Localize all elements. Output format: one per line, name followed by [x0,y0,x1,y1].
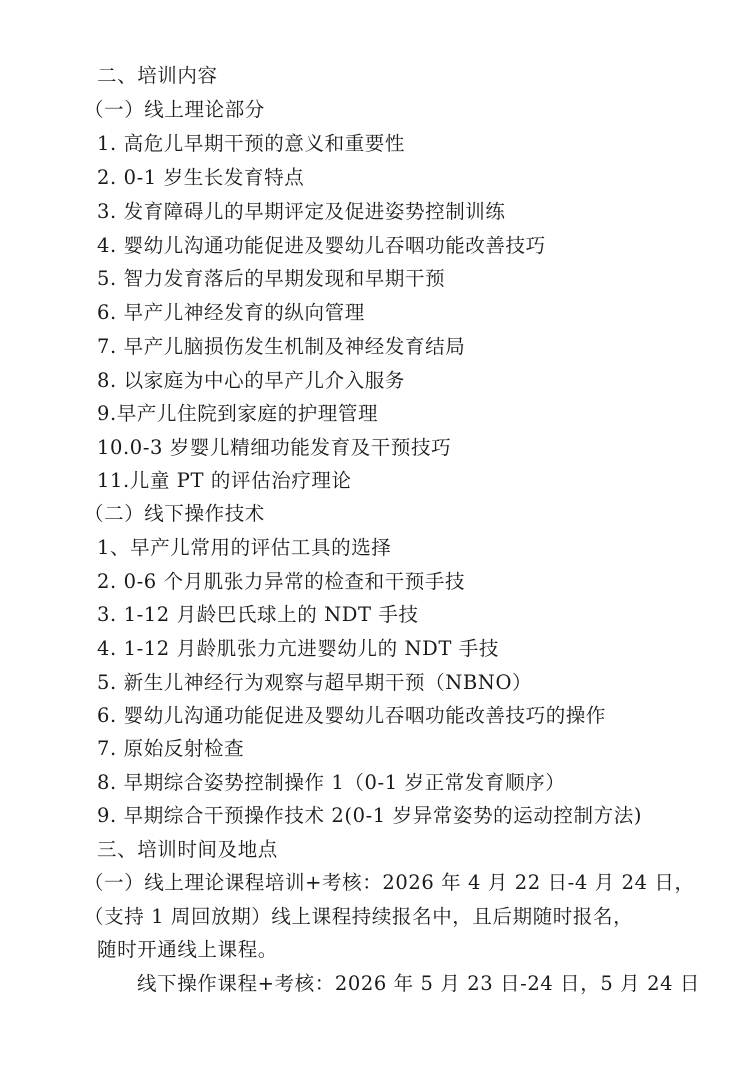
document-page: 二、培训内容 （一）线上理论部分 1. 高危儿早期干预的意义和重要性 2. 0-… [0,0,748,1078]
paragraph-line: （支持 1 周回放期）线上课程持续报名中，且后期随时报名， [84,902,633,932]
list-item: 2. 0-6 个月肌张力异常的检查和干预手技 [97,567,465,597]
subsection-heading-online-theory: （一）线上理论部分 [84,95,265,125]
list-item: 8. 早期综合姿势控制操作 1（0-1 岁正常发育顺序） [97,768,565,798]
list-item: 4. 婴幼儿沟通功能促进及婴幼儿吞咽功能改善技巧 [97,231,546,261]
list-item: 10.0-3 岁婴儿精细功能发育及干预技巧 [97,433,451,463]
subsection-heading-offline-practice: （二）线下操作技术 [84,499,265,529]
list-item: 3. 发育障碍儿的早期评定及促进姿势控制训练 [97,197,506,227]
list-item: 5. 智力发育落后的早期发现和早期干预 [97,264,445,294]
list-item: 11.儿童 PT 的评估治疗理论 [97,466,352,496]
list-item: 6. 婴幼儿沟通功能促进及婴幼儿吞咽功能改善技巧的操作 [97,701,606,731]
list-item: 7. 早产儿脑损伤发生机制及神经发育结局 [97,332,465,362]
paragraph-line: 随时开通线上课程。 [97,935,278,965]
section-heading-training-time-location: 三、培训时间及地点 [97,835,278,865]
list-item: 1. 高危儿早期干预的意义和重要性 [97,129,405,159]
paragraph-line: （一）线上理论课程培训+考核：2026 年 4 月 22 日-4 月 24 日， [84,868,695,898]
list-item: 3. 1-12 月龄巴氏球上的 NDT 手技 [97,600,419,630]
list-item: 2. 0-1 岁生长发育特点 [97,163,304,193]
list-item: 1、早产儿常用的评估工具的选择 [97,533,391,563]
list-item: 6. 早产儿神经发育的纵向管理 [97,298,365,328]
paragraph-line-indented: 线下操作课程+考核：2026 年 5 月 23 日-24 日，5 月 24 日 [137,969,700,999]
list-item: 7. 原始反射检查 [97,734,244,764]
list-item: 9.早产儿住院到家庭的护理管理 [97,399,378,429]
list-item: 5. 新生儿神经行为观察与超早期干预（NBNO） [97,668,532,698]
list-item: 8. 以家庭为中心的早产儿介入服务 [97,366,405,396]
list-item: 9. 早期综合干预操作技术 2(0-1 岁异常姿势的运动控制方法) [97,801,642,831]
list-item: 4. 1-12 月龄肌张力亢进婴幼儿的 NDT 手技 [97,634,499,664]
section-heading-training-content: 二、培训内容 [97,61,218,91]
